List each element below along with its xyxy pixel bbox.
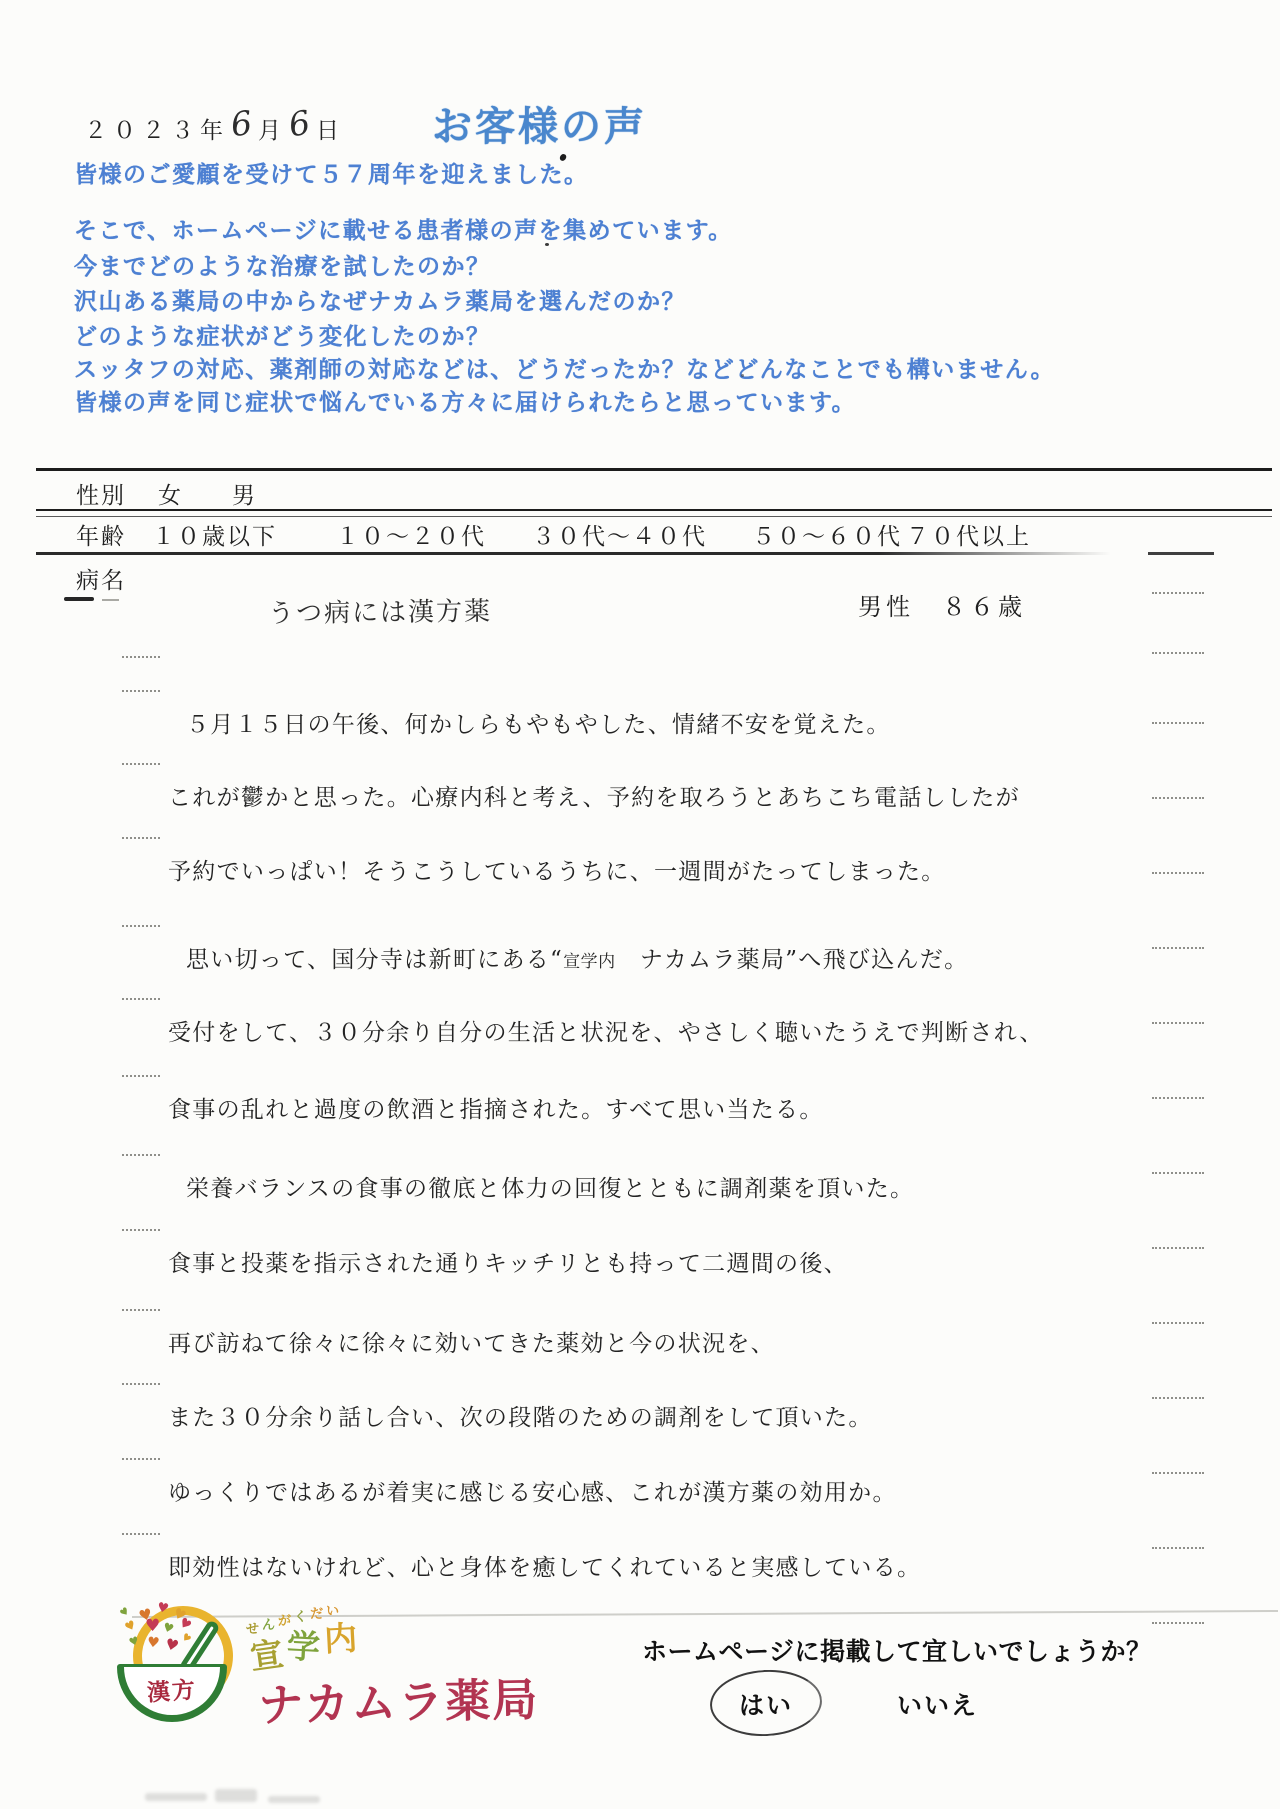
margin-dash (1152, 592, 1204, 594)
handwritten-dash (64, 597, 94, 601)
consent-question: ホームページに掲載して宜しいでしょうか？ (642, 1632, 1152, 1668)
gender-label: 性別 (76, 477, 126, 510)
logo-prefix-char: 学 (286, 1620, 321, 1669)
ink-speck (545, 243, 549, 246)
page-title: お客様の声 (432, 95, 647, 152)
shop-name: ナカムラ薬局 (257, 1663, 539, 1734)
margin-dash (122, 998, 160, 1000)
margin-dash (1152, 797, 1204, 799)
margin-dash (1152, 1022, 1204, 1024)
margin-dash (1152, 1472, 1204, 1474)
divider (36, 552, 1144, 555)
intro-line: どのような症状がどう変化したのか？ (74, 318, 491, 351)
testimonial-line-text: ５月１５日の午後、何かしらもやもやした、情緒不安を覚えた。 (186, 712, 891, 738)
testimonial-line: これが鬱かと思った。心療内科と考え、予約を取ろうとあちこち電話ししたが (168, 779, 1020, 812)
margin-dash (1152, 1547, 1204, 1549)
testimonial-line: ５月１５日の午後、何かしらもやもやした、情緒不安を覚えた。 (186, 706, 891, 739)
heart-icon: ♥ (145, 1618, 160, 1635)
testimonial-line-text: 再び訪ねて徐々に徐々に効いてきた薬効と今の状況を、 (168, 1331, 775, 1357)
age-option: １０歳以下 (152, 518, 277, 551)
age-option: ５０～６０代 (752, 518, 902, 551)
divider (36, 468, 1272, 471)
testimonial-line-text: ナカムラ薬局”へ飛び込んだ。 (616, 947, 969, 973)
testimonial-line-text: これが鬱かと思った。心療内科と考え、予約を取ろうとあちこち電話ししたが (168, 785, 1020, 811)
margin-dash (1152, 652, 1204, 654)
margin-dash (1152, 1247, 1204, 1249)
date-month-handwritten: 6 (230, 111, 254, 138)
testimonial-line-text: 予約でいっぱい！そうこうしているうちに、一週間がたってしまった。 (168, 859, 946, 885)
consent-option-yes: はい (739, 1686, 793, 1722)
testimonial-line: 予約でいっぱい！そうこうしているうちに、一週間がたってしまった。 (168, 853, 946, 886)
margin-dash (1152, 1172, 1204, 1174)
intro-line: 今までどのような治療を試したのか？ (74, 248, 491, 281)
testimonial-author: 男性 ８６歳 (858, 587, 1026, 622)
divider (36, 509, 1272, 517)
consent-option-no: いいえ (897, 1686, 978, 1722)
pencil-smudge (268, 1796, 320, 1803)
disease-label: 病名 (76, 562, 126, 595)
testimonial-line-text: 食事と投薬を指示された通りキッチリとも持って二週間の後、 (168, 1251, 848, 1277)
testimonial-line-text: 即効性はないけれど、心と身体を癒してくれていると実感している。 (168, 1555, 921, 1581)
testimonial-heading: うつ病には漢方薬 (268, 591, 492, 630)
testimonial-line: 思い切って、国分寺は新町にある“宣学内 ナカムラ薬局”へ飛び込んだ。 (186, 941, 968, 974)
intro-line: 皆様のご愛顧を受けて５７周年を迎えました。 (74, 156, 589, 189)
margin-dash (1152, 722, 1204, 724)
pharmacy-logo: ♥♥♥♥♥♥♥♥♥♥♥♥ 漢方 (105, 1598, 255, 1763)
pencil-smudge (215, 1789, 257, 1802)
testimonial-line: 食事と投薬を指示された通りキッチリとも持って二週間の後、 (168, 1245, 848, 1278)
margin-dash (1152, 947, 1204, 949)
testimonial-line: 即効性はないけれど、心と身体を癒してくれていると実感している。 (168, 1549, 921, 1582)
date-day-handwritten: 6 (287, 110, 312, 138)
testimonial-line: また３０分余り話し合い、次の段階のための調剤をして頂いた。 (168, 1399, 873, 1432)
gender-option: 女 (158, 477, 183, 510)
age-option: ７０代以上 (906, 518, 1031, 551)
logo-prefix-char: 内 (323, 1612, 358, 1661)
margin-dash (122, 837, 160, 839)
mortar-bowl-icon: 漢方 (117, 1664, 227, 1722)
testimonial-line-text: ゆっくりではあるが着実に感じる安心感、これが漢方薬の効用か。 (168, 1480, 897, 1506)
testimonial-line: ゆっくりではあるが着実に感じる安心感、これが漢方薬の効用か。 (168, 1474, 897, 1507)
testimonial-line: 再び訪ねて徐々に徐々に効いてきた薬効と今の状況を、 (168, 1325, 775, 1358)
margin-dash (122, 763, 160, 765)
margin-dash (122, 656, 160, 658)
margin-dash (1152, 1622, 1204, 1624)
intro-line: そこで、ホームページに載せる患者様の声を集めています。 (74, 212, 733, 245)
date-day-suffix: 日 (316, 112, 345, 145)
handwritten-dash (102, 599, 119, 601)
margin-dash (122, 1154, 160, 1156)
margin-dash (122, 1533, 160, 1535)
testimonial-line: 受付をして、３０分余り自分の生活と状況を、やさしく聴いたうえで判断され、 (168, 1014, 1044, 1047)
testimonial-line: 食事の乱れと過度の飲酒と指摘された。すべて思い当たる。 (168, 1091, 824, 1124)
divider-fragment (1148, 552, 1214, 555)
heart-icon: ♥ (146, 1635, 160, 1650)
heart-icon: ♥ (123, 1618, 138, 1634)
pencil-smudge (145, 1793, 207, 1801)
margin-dash (122, 690, 160, 692)
page: ２０２３年 6 月 6 日 お客様の声 皆様のご愛顧を受けて５７周年を迎えました… (0, 0, 1280, 1809)
age-option: ３０代～４０代 (532, 518, 707, 551)
age-label: 年齢 (76, 518, 126, 551)
age-option: １０～２０代 (336, 518, 486, 551)
margin-dash (122, 1309, 160, 1311)
margin-dash (1152, 872, 1204, 874)
testimonial-line-text: 食事の乱れと過度の飲酒と指摘された。すべて思い当たる。 (168, 1097, 824, 1123)
gender-option: 男 (232, 477, 257, 510)
margin-dash (122, 1383, 160, 1385)
margin-dash (122, 925, 160, 927)
testimonial-line-text: また３０分余り話し合い、次の段階のための調剤をして頂いた。 (168, 1405, 873, 1431)
margin-dash (122, 1458, 160, 1460)
testimonial-line-small-text: 宣学内 (563, 952, 616, 972)
testimonial-line-text: 栄養バランスの食事の徹底と体力の回復とともに調剤薬を頂いた。 (186, 1176, 914, 1202)
testimonial-line: 栄養バランスの食事の徹底と体力の回復とともに調剤薬を頂いた。 (186, 1170, 914, 1203)
margin-dash (122, 1075, 160, 1077)
margin-dash (1152, 1397, 1204, 1399)
intro-line: 皆様の声を同じ症状で悩んでいる方々に届けられたらと思っています。 (74, 384, 856, 417)
margin-dash (122, 1229, 160, 1231)
logo-kanpo-text: 漢方 (146, 1671, 198, 1707)
ink-speck (741, 374, 744, 377)
intro-line: 沢山ある薬局の中からなぜナカムラ薬局を選んだのか？ (74, 283, 686, 316)
date: ２０２３年 6 月 6 日 (84, 112, 345, 145)
date-year: ２０２３年 (84, 112, 229, 145)
margin-dash (1152, 1097, 1204, 1099)
logo-prefix: 宣学内 (250, 1620, 361, 1667)
intro-line: スッタフの対応、薬剤師の対応などは、どうだったか？などどんなことでも構いません。 (74, 351, 1055, 384)
margin-dash (1152, 1322, 1204, 1324)
testimonial-line-text: 受付をして、３０分余り自分の生活と状況を、やさしく聴いたうえで判断され、 (168, 1020, 1044, 1046)
testimonial-line-text: 思い切って、国分寺は新町にある“ (186, 947, 563, 973)
date-month-suffix: 月 (258, 112, 287, 145)
